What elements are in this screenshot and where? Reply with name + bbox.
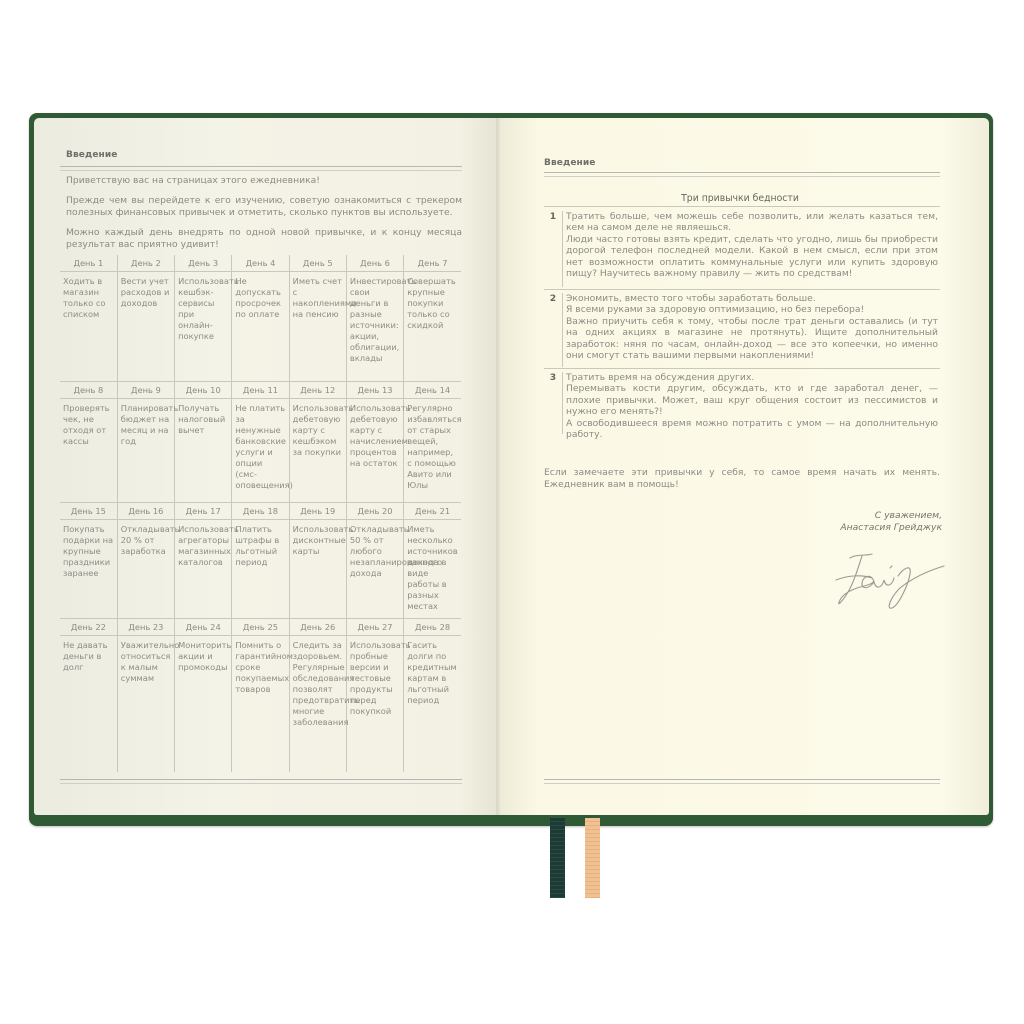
habit-tracker-grid: День 1День 2День 3День 4День 5День 6День… xyxy=(60,255,461,772)
tracker-habit-cell: Откладывать 20 % от заработка xyxy=(117,520,174,619)
tracker-day-label: День 19 xyxy=(289,503,346,520)
tracker-habit-cell: Следить за здоровьем. Регулярные обследо… xyxy=(289,636,346,773)
left-header-rule xyxy=(60,166,462,171)
habit-heading: Экономить, вместо того чтобы заработать … xyxy=(566,293,938,304)
tracker-body-row: Покупать подарки на крупные праздники за… xyxy=(60,520,461,619)
tracker-day-label: День 11 xyxy=(232,382,289,399)
habits-divider-2 xyxy=(544,368,940,369)
habit-item-3: 3 Тратить время на обсуждения других. Пе… xyxy=(544,372,940,434)
habit-number: 1 xyxy=(544,211,562,222)
closing-paragraph: Если замечаете эти привычки у себя, то с… xyxy=(544,467,940,491)
tracker-habit-cell: Регулярно избавляться от старых вещей, н… xyxy=(404,399,461,503)
tracker-day-label: День 23 xyxy=(117,619,174,636)
right-footer-rule xyxy=(544,779,940,784)
tracker-day-label: День 15 xyxy=(60,503,117,520)
intro-paragraph-1: Приветствую вас на страницах этого ежедн… xyxy=(66,175,462,187)
tracker-day-label: День 5 xyxy=(289,255,346,272)
tracker-body-row: Проверять чек, не отходя от кассыПланиро… xyxy=(60,399,461,503)
habit-divider xyxy=(562,211,563,287)
tracker-habit-cell: Получать налоговый вычет xyxy=(175,399,232,503)
tracker-habit-cell: Инвестировать свои деньги в разные источ… xyxy=(346,272,403,382)
tracker-day-label: День 13 xyxy=(346,382,403,399)
tracker-habit-cell: Помнить о гарантийном сроке покупаемых т… xyxy=(232,636,289,773)
tracker-day-label: День 16 xyxy=(117,503,174,520)
tracker-day-label: День 17 xyxy=(175,503,232,520)
habit-description: Перемывать кости другим, обсуждать, кто … xyxy=(566,383,938,417)
habit-heading: Тратить время на обсуждения других. xyxy=(566,372,938,383)
intro-paragraph-2: Прежде чем вы перейдете к его изучению, … xyxy=(66,195,462,219)
tracker-habit-cell: Гасить долги по кредитным картам в льгот… xyxy=(404,636,461,773)
tracker-day-label: День 26 xyxy=(289,619,346,636)
habit-text: Тратить время на обсуждения других. Пере… xyxy=(566,372,938,440)
tracker-habit-cell: Не давать деньги в долг xyxy=(60,636,117,773)
right-header-rule xyxy=(544,172,940,177)
tracker-habit-cell: Использовать дисконтные карты xyxy=(289,520,346,619)
tracker-habit-cell: Не платить за ненужные банковские услуги… xyxy=(232,399,289,503)
left-footer-rule xyxy=(60,779,462,784)
tracker-habit-cell: Мониторить акции и промокоды xyxy=(175,636,232,773)
tracker-day-label: День 3 xyxy=(175,255,232,272)
tracker-day-label: День 14 xyxy=(404,382,461,399)
tracker-habit-cell: Иметь счет с накоплениями на пенсию xyxy=(289,272,346,382)
sign-off: С уважением, Анастасия Грейджук xyxy=(840,510,942,534)
tracker-day-label: День 2 xyxy=(117,255,174,272)
tracker-header-row: День 22День 23День 24День 25День 26День … xyxy=(60,619,461,636)
habit-divider xyxy=(562,372,563,434)
tracker-habit-cell: Совершать крупные покупки только со скид… xyxy=(404,272,461,382)
tracker-day-label: День 9 xyxy=(117,382,174,399)
tracker-habit-cell: Использовать пробные версии и тестовые п… xyxy=(346,636,403,773)
tracker-habit-cell: Покупать подарки на крупные праздники за… xyxy=(60,520,117,619)
left-running-head: Введение xyxy=(66,150,117,160)
habit-heading: Тратить больше, чем можешь себе позволит… xyxy=(566,211,938,234)
right-running-head: Введение xyxy=(544,158,595,168)
habits-top-divider xyxy=(544,206,940,207)
tracker-day-label: День 27 xyxy=(346,619,403,636)
tracker-day-label: День 4 xyxy=(232,255,289,272)
tracker-day-label: День 25 xyxy=(232,619,289,636)
habit-text: Тратить больше, чем можешь себе позволит… xyxy=(566,211,938,279)
tracker-body-row: Не давать деньги в долгУважительно относ… xyxy=(60,636,461,773)
tracker-header-row: День 8День 9День 10День 11День 12День 13… xyxy=(60,382,461,399)
tracker-day-label: День 8 xyxy=(60,382,117,399)
tan-bookmark-ribbon[interactable] xyxy=(585,818,600,898)
tracker-habit-cell: Иметь несколько источников дохода в виде… xyxy=(404,520,461,619)
tracker-habit-cell: Не допускать просрочек по оплате xyxy=(232,272,289,382)
habits-divider-1 xyxy=(544,289,940,290)
habit-divider xyxy=(562,293,563,367)
tracker-day-label: День 28 xyxy=(404,619,461,636)
sign-off-author: Анастасия Грейджук xyxy=(840,522,942,534)
tracker-day-label: День 12 xyxy=(289,382,346,399)
signature-icon xyxy=(832,548,950,614)
sign-off-greeting: С уважением, xyxy=(840,510,942,522)
habit-item-1: 1 Тратить больше, чем можешь себе позвол… xyxy=(544,211,940,287)
tracker-day-label: День 20 xyxy=(346,503,403,520)
tracker-habit-cell: Ходить в магазин только со списком xyxy=(60,272,117,382)
habits-title: Три привычки бедности xyxy=(540,193,940,204)
tracker-body-row: Ходить в магазин только со спискомВести … xyxy=(60,272,461,382)
tracker-header-row: День 1День 2День 3День 4День 5День 6День… xyxy=(60,255,461,272)
tracker-day-label: День 21 xyxy=(404,503,461,520)
tracker-habit-cell: Вести учет расходов и доходов xyxy=(117,272,174,382)
habit-number: 3 xyxy=(544,372,562,383)
tracker-day-label: День 22 xyxy=(60,619,117,636)
tracker-habit-cell: Уважительно относиться к малым суммам xyxy=(117,636,174,773)
tracker-habit-cell: Использовать дебетовую карту с кешбэком … xyxy=(289,399,346,503)
habit-description: Я всеми руками за здоровую оптимизацию, … xyxy=(566,304,938,315)
tracker-day-label: День 7 xyxy=(404,255,461,272)
tracker-header-row: День 15День 16День 17День 18День 19День … xyxy=(60,503,461,520)
tracker-day-label: День 24 xyxy=(175,619,232,636)
tracker-habit-cell: Проверять чек, не отходя от кассы xyxy=(60,399,117,503)
habit-item-2: 2 Экономить, вместо того чтобы заработат… xyxy=(544,293,940,367)
tracker-day-label: День 6 xyxy=(346,255,403,272)
tracker-habit-cell: Откладывать 50 % от любого незапланирова… xyxy=(346,520,403,619)
dark-bookmark-ribbon[interactable] xyxy=(550,818,565,898)
tracker-habit-cell: Использовать дебетовую карту с начислени… xyxy=(346,399,403,503)
tracker-habit-cell: Использовать агрегаторы магазинных катал… xyxy=(175,520,232,619)
habit-number: 2 xyxy=(544,293,562,304)
tracker-habit-cell: Платить штрафы в льготный период xyxy=(232,520,289,619)
habit-description: А освободившееся время можно потратить с… xyxy=(566,418,938,441)
tracker-day-label: День 1 xyxy=(60,255,117,272)
tracker-habit-cell: Использовать кешбэк-сервисы при онлайн-п… xyxy=(175,272,232,382)
tracker-day-label: День 10 xyxy=(175,382,232,399)
habit-description: Важно приучить себя к тому, чтобы после … xyxy=(566,316,938,362)
habit-text: Экономить, вместо того чтобы заработать … xyxy=(566,293,938,361)
habit-description: Люди часто готовы взять кредит, сделать … xyxy=(566,234,938,280)
tracker-habit-cell: Планировать бюджет на месяц и на год xyxy=(117,399,174,503)
tracker-day-label: День 18 xyxy=(232,503,289,520)
intro-paragraph-3: Можно каждый день внедрять по одной ново… xyxy=(66,227,462,251)
